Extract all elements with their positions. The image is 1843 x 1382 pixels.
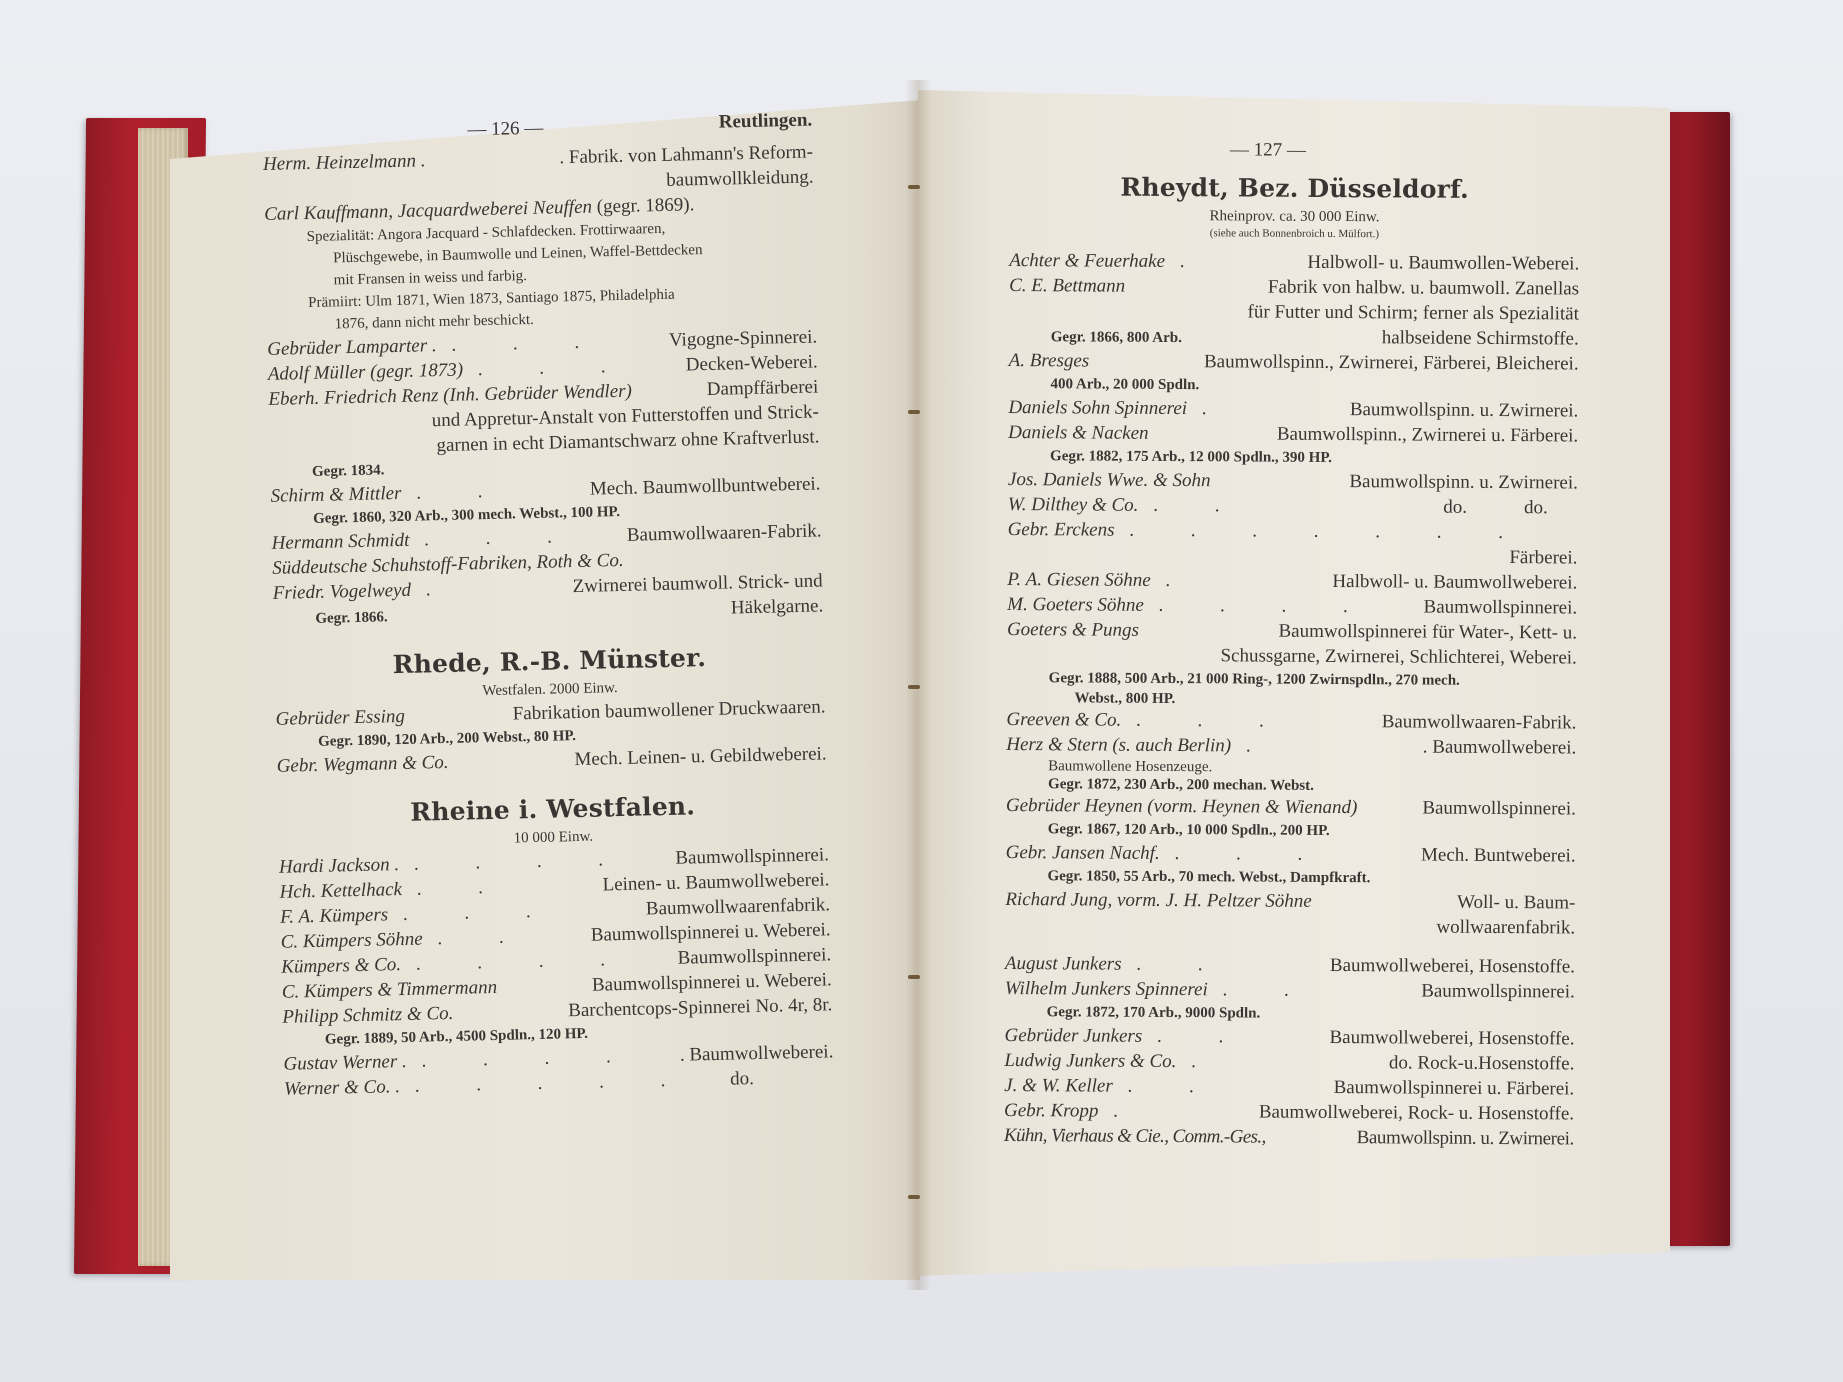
directory-entry: C. E. Bettmann Fabrik von halbw. u. baum… bbox=[1009, 273, 1579, 301]
directory-entry: W. Dilthey & Co. . . do. do. bbox=[1008, 492, 1578, 520]
running-head: — 127 — bbox=[1010, 138, 1580, 175]
directory-entry: Wilhelm Junkers Spinnerei . . Baumwollsp… bbox=[1005, 976, 1575, 1004]
running-title: Reutlingen. bbox=[719, 110, 813, 134]
left-page-content: — 126 — Reutlingen. Herm. Heinzelmann . … bbox=[262, 106, 834, 1102]
section-note: (siehe auch Bonnenbroich u. Mülfort.) bbox=[1009, 226, 1579, 241]
binding-stitch bbox=[908, 975, 920, 979]
directory-entry: Gebr. Kropp . Baumwollweberei, Rock- u. … bbox=[1004, 1098, 1574, 1126]
binding-stitch bbox=[908, 410, 920, 414]
directory-entry: Jos. Daniels Wwe. & Sohn Baumwollspinn. … bbox=[1008, 467, 1578, 495]
directory-entry: P. A. Giesen Söhne . Halbwoll- u. Baumwo… bbox=[1007, 567, 1577, 595]
directory-entry: Daniels Sohn Spinnerei . Baumwollspinn. … bbox=[1008, 395, 1578, 423]
directory-entry: Richard Jung, vorm. J. H. Peltzer Söhne … bbox=[1005, 887, 1575, 915]
section-title-rhede: Rhede, R.-B. Münster. bbox=[274, 640, 825, 681]
directory-entry: A. Bresges Baumwollspinn., Zwirnerei, Fä… bbox=[1009, 348, 1579, 376]
directory-entry: M. Goeters Söhne . . . . Baumwollspinner… bbox=[1007, 592, 1577, 620]
directory-entry: Gebrüder Junkers . . Baumwollweberei, Ho… bbox=[1004, 1023, 1574, 1051]
directory-entry: Ludwig Junkers & Co. . do. Rock-u.Hosens… bbox=[1004, 1048, 1574, 1076]
page-number: — 126 — bbox=[467, 118, 543, 142]
directory-entry: Gebrüder Heynen (vorm. Heynen & Wienand)… bbox=[1006, 793, 1576, 821]
binding-stitch bbox=[908, 1195, 920, 1199]
directory-entry: Daniels & Nacken Baumwollspinn., Zwirner… bbox=[1008, 420, 1578, 448]
page-number: — 127 — bbox=[1230, 139, 1306, 161]
directory-entry: Kühn, Vierhaus & Cie., Comm.-Ges., Baumw… bbox=[1004, 1123, 1574, 1151]
directory-entry: Achter & Feuerhake . Halbwoll- u. Baumwo… bbox=[1009, 248, 1579, 276]
section-title-rheydt: Rheydt, Bez. Düsseldorf. bbox=[1010, 172, 1580, 204]
directory-entry: Goeters & Pungs Baumwollspinnerei für Wa… bbox=[1007, 617, 1577, 645]
directory-entry: Greeven & Co. . . . Baumwollwaaren-Fabri… bbox=[1006, 707, 1576, 735]
directory-entry: J. & W. Keller . . Baumwollspinnerei u. … bbox=[1004, 1073, 1574, 1101]
binding-stitch bbox=[908, 185, 920, 189]
directory-entry: August Junkers . . Baumwollweberei, Hose… bbox=[1005, 951, 1575, 979]
right-page-content: — 127 — Rheydt, Bez. Düsseldorf. Rheinpr… bbox=[1004, 138, 1580, 1151]
directory-entry: Gebr. Erckens . . . . . . . Färberei. bbox=[1007, 517, 1577, 570]
binding-stitch bbox=[908, 685, 920, 689]
section-title-rheine: Rheine i. Westfalen. bbox=[277, 788, 828, 829]
section-subtitle: Rheinprov. ca. 30 000 Einw. bbox=[1009, 207, 1579, 227]
directory-entry: Gebr. Jansen Nachf. . . . Mech. Buntwebe… bbox=[1006, 840, 1576, 868]
directory-entry: Herz & Stern (s. auch Berlin) . . Baumwo… bbox=[1006, 732, 1576, 760]
